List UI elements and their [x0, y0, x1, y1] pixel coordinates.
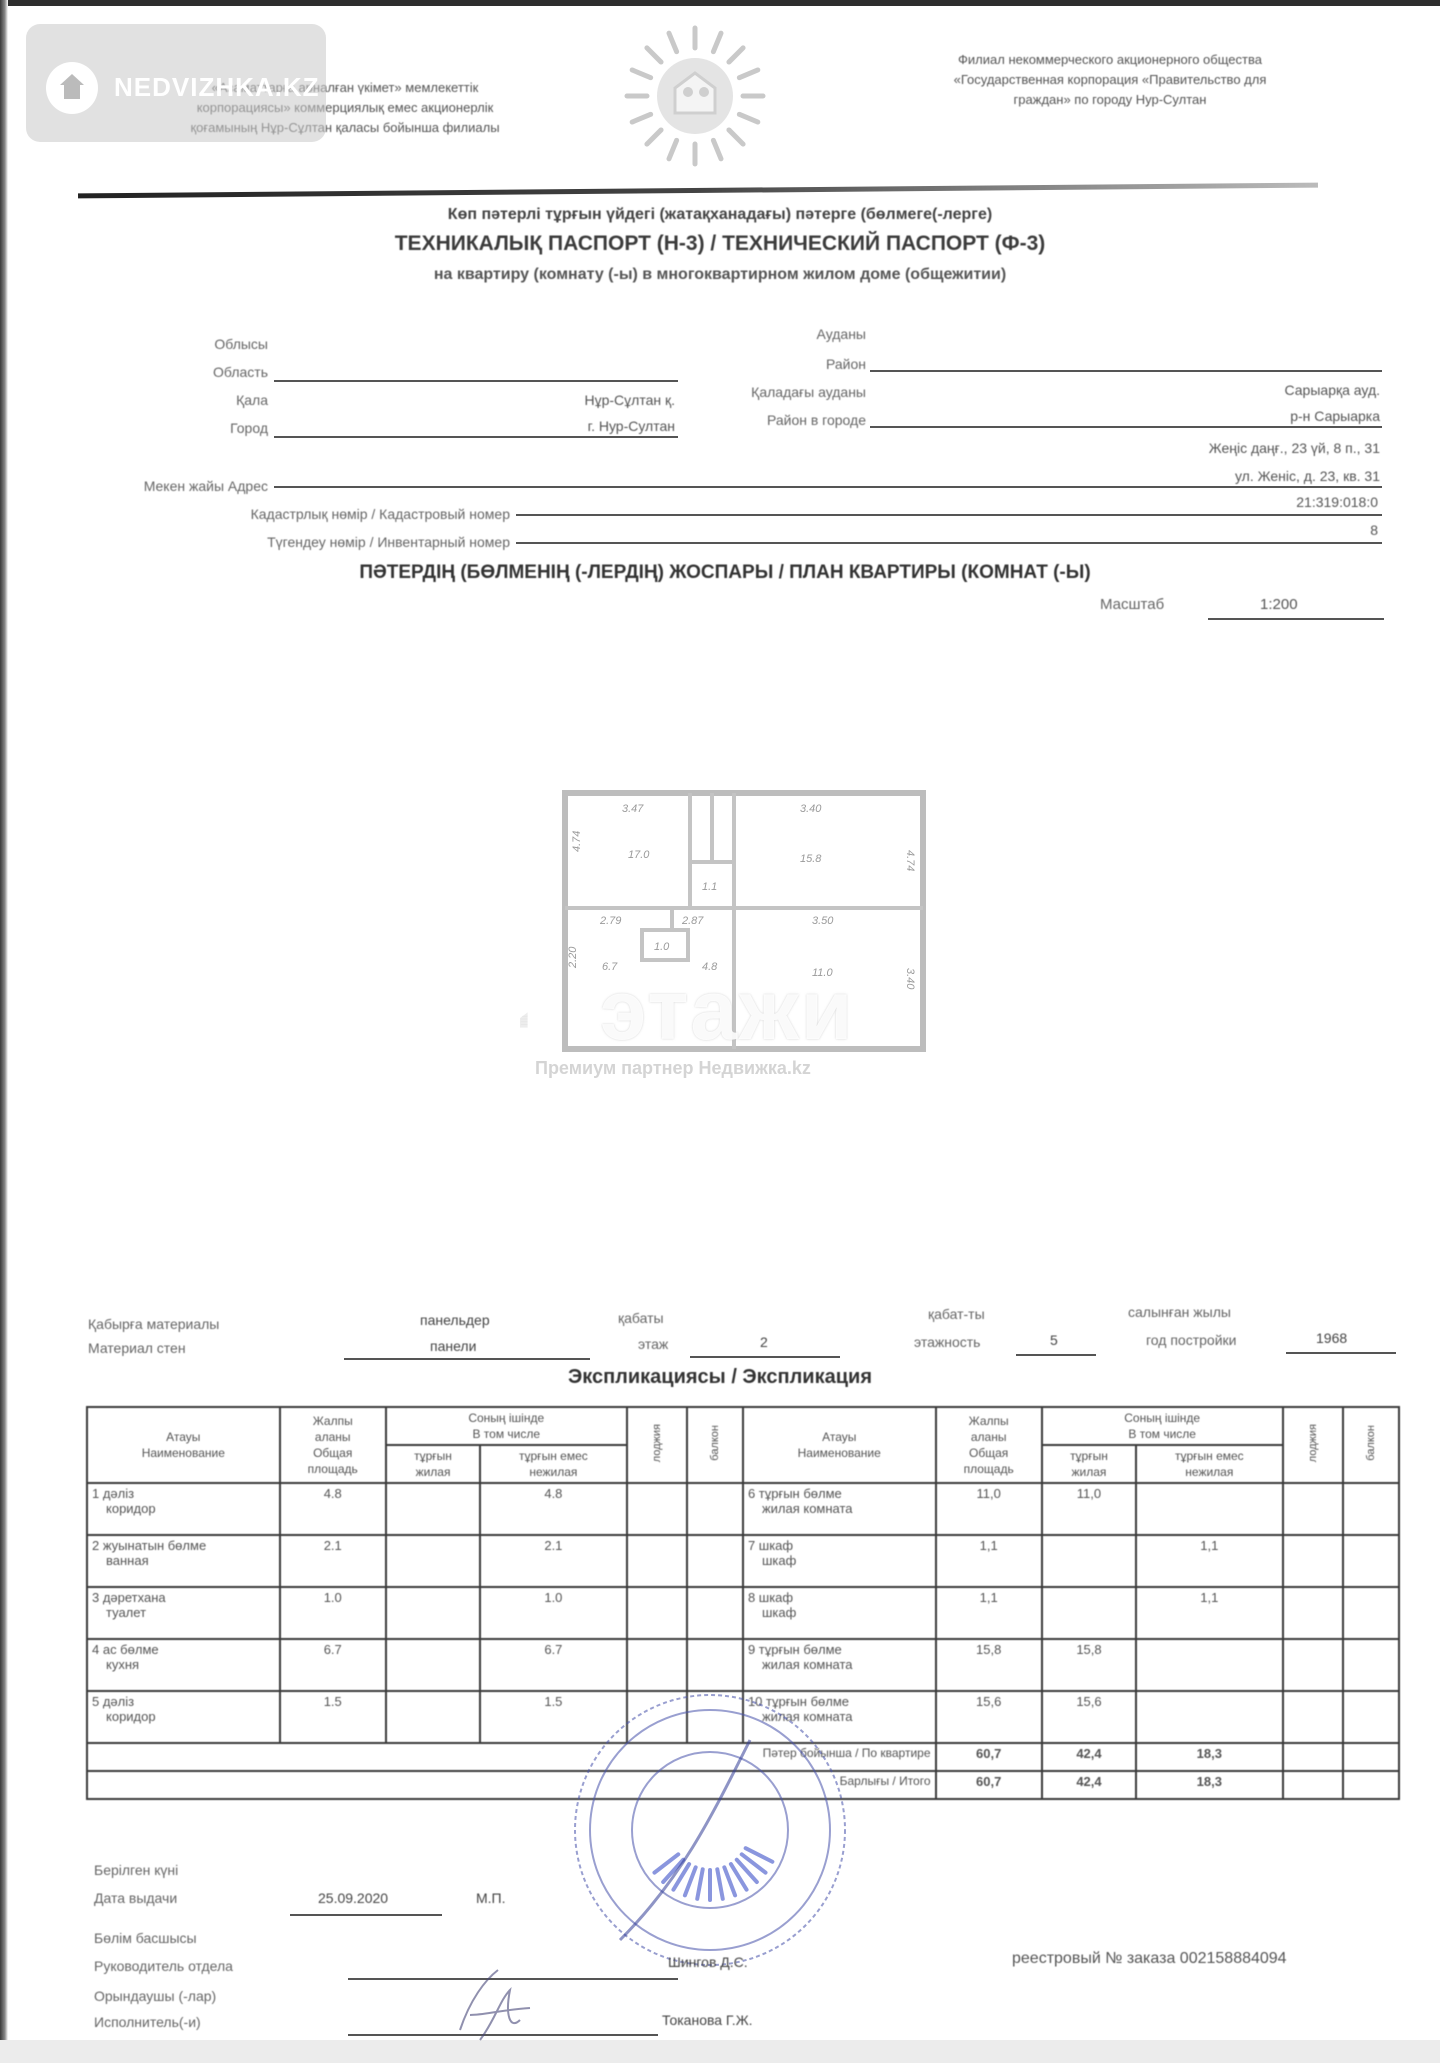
etazhi-building-icon	[520, 980, 600, 1060]
issue-date: 25.09.2020	[318, 1890, 388, 1906]
loggia-cell	[1283, 1771, 1343, 1799]
area-nonliving-cell: 1,1	[1136, 1587, 1282, 1639]
room-name-cell: 1 дәлізкоридор	[87, 1483, 280, 1535]
col-name: АтауыНаименование	[87, 1407, 280, 1483]
area-total-cell: 2.1	[280, 1535, 386, 1587]
svg-text:2.20: 2.20	[567, 946, 579, 969]
area-nonliving-cell	[1136, 1691, 1282, 1743]
area-total-cell: 1,1	[936, 1535, 1042, 1587]
col-loggia: лоджия	[627, 1407, 687, 1483]
svg-text:1.1: 1.1	[702, 881, 717, 893]
area-living-cell	[386, 1587, 480, 1639]
org-ru-line: граждан» по городу Нур-Султан	[870, 90, 1350, 110]
doc-title-line3: на квартиру (комнату (-ы) в многоквартир…	[220, 266, 1220, 284]
address-line	[274, 486, 1382, 488]
loggia-cell	[1283, 1639, 1343, 1691]
room-name-cell: 5 дәлізкоридор	[87, 1691, 280, 1743]
scale-line	[1208, 618, 1384, 620]
floors-line	[1016, 1354, 1096, 1356]
document-page: «Азаматтарға арналған үкімет» мемлекетті…	[0, 0, 1440, 2063]
house-icon	[46, 62, 98, 114]
doc-title-line1: Көп пәтерлі тұрғын үйдегі (жатақханадағы…	[220, 206, 1220, 224]
year-line	[1286, 1352, 1396, 1354]
subtotal-row-total: 60,7	[936, 1743, 1042, 1771]
area-total-cell: 6.7	[280, 1639, 386, 1691]
area-living-cell	[386, 1535, 480, 1587]
area-living-cell	[386, 1483, 480, 1535]
balcony-cell	[1343, 1771, 1399, 1799]
floors-label-kz: қабат-ты	[928, 1306, 985, 1322]
svg-text:15.8: 15.8	[800, 853, 822, 865]
room-name-cell: 7 шкафшкаф	[743, 1535, 936, 1587]
area-total-cell: 1.0	[280, 1587, 386, 1639]
district-label-kz: Ауданы	[700, 326, 866, 342]
area-total-cell: 11,0	[936, 1483, 1042, 1535]
explication-title: Экспликациясы / Экспликация	[420, 1366, 1020, 1389]
grand-total-row-total: 60,7	[936, 1771, 1042, 1799]
oblast-label-ru: Область	[150, 364, 268, 380]
nedvizhka-badge: NEDVIZHKA.KZ	[26, 24, 326, 142]
grand-total-row-living: 42,4	[1042, 1771, 1136, 1799]
svg-text:4.74: 4.74	[571, 831, 583, 852]
grand-total-row-nonliving: 18,3	[1136, 1771, 1282, 1799]
table-row: 3 дәретханатуалет1.01.08 шкафшкаф1,11,1	[87, 1587, 1399, 1639]
material-label-ru: Материал стен	[88, 1340, 186, 1356]
city-label-kz: Қала	[150, 392, 268, 408]
area-living-cell	[1042, 1587, 1136, 1639]
svg-text:3.47: 3.47	[622, 803, 644, 815]
badge-text: NEDVIZHKA.KZ	[114, 72, 320, 103]
head-label-ru: Руководитель отдела	[94, 1958, 233, 1974]
area-living-cell	[386, 1639, 480, 1691]
area-nonliving-cell	[1136, 1483, 1282, 1535]
area-nonliving-cell	[1136, 1639, 1282, 1691]
col-living-2: тұрғынжилая	[1042, 1445, 1136, 1483]
subtotal-row-living: 42,4	[1042, 1743, 1136, 1771]
col-nonliving: тұрғын емеснежилая	[480, 1445, 626, 1483]
area-living-cell	[1042, 1535, 1136, 1587]
org-ru-line: Филиал некоммерческого акционерного обще…	[870, 50, 1350, 70]
cadastral-value: 21:319:018:0	[1100, 494, 1378, 510]
address-value-kz: Жеңіс даңғ., 23 үй, 8 п., 31	[1000, 440, 1380, 456]
floor-label-ru: этаж	[638, 1336, 668, 1352]
balcony-cell	[687, 1587, 743, 1639]
svg-text:3.40: 3.40	[800, 803, 822, 815]
floor-line	[690, 1356, 840, 1358]
material-value-ru: панели	[430, 1338, 476, 1354]
exec-label-kz: Орындаушы (-лар)	[94, 1988, 216, 2004]
loggia-cell	[1283, 1691, 1343, 1743]
svg-text:1.0: 1.0	[654, 941, 670, 953]
year-label-ru: год постройки	[1146, 1332, 1236, 1348]
header-divider	[78, 183, 1318, 199]
subtotal-row-nonliving: 18,3	[1136, 1743, 1282, 1771]
balcony-cell	[687, 1483, 743, 1535]
room-name-cell: 2 жуынатын бөлмеванная	[87, 1535, 280, 1587]
inventory-line	[516, 542, 1382, 544]
area-total-cell: 1.5	[280, 1691, 386, 1743]
district-label-ru: Район	[700, 356, 866, 372]
cadastral-label: Кадастрлық нөмір / Кадастровый номер	[100, 506, 510, 522]
year-label-kz: салынған жылы	[1128, 1304, 1231, 1320]
loggia-cell	[627, 1587, 687, 1639]
registry-number: реестровый № заказа 002158884094	[1012, 1950, 1287, 1968]
partner-caption: Премиум партнер Недвижка.kz	[535, 1058, 811, 1079]
loggia-cell	[1283, 1743, 1343, 1771]
col-total: ЖалпыаланыОбщаяплощадь	[280, 1407, 386, 1483]
col-living: тұрғынжилая	[386, 1445, 480, 1483]
svg-text:2.87: 2.87	[681, 915, 704, 927]
room-name-cell: 3 дәретханатуалет	[87, 1587, 280, 1639]
inventory-label: Түгендеу нөмір / Инвентарный номер	[100, 534, 510, 550]
loggia-cell	[1283, 1535, 1343, 1587]
svg-text:4.74: 4.74	[904, 850, 916, 871]
area-nonliving-cell: 1,1	[1136, 1535, 1282, 1587]
col-incl: Соның ішіндеВ том числе	[386, 1407, 627, 1445]
floor-value: 2	[760, 1334, 768, 1350]
svg-text:3.50: 3.50	[812, 915, 834, 927]
area-nonliving-cell: 1.0	[480, 1587, 626, 1639]
floors-label-ru: этажность	[914, 1334, 980, 1350]
area-total-cell: 15,6	[936, 1691, 1042, 1743]
address-value-ru: ул. Женіс, д. 23, кв. 31	[1000, 468, 1380, 484]
material-value-kz: панельдер	[420, 1312, 490, 1328]
area-nonliving-cell: 4.8	[480, 1483, 626, 1535]
balcony-cell	[1343, 1743, 1399, 1771]
city-district-value-kz: Сарыарқа ауд.	[1100, 382, 1380, 398]
col-balcony: балкон	[687, 1407, 743, 1483]
address-label: Мекен жайы Адрес	[60, 478, 268, 494]
area-total-cell: 1,1	[936, 1587, 1042, 1639]
balcony-cell	[1343, 1483, 1399, 1535]
area-living-cell: 15,6	[1042, 1691, 1136, 1743]
col-nonliving-2: тұрғын емеснежилая	[1136, 1445, 1282, 1483]
col-balcony-2: балкон	[1343, 1407, 1399, 1483]
city-district-value-ru: р-н Сарыарка	[1100, 408, 1380, 424]
issue-label-kz: Берілген күні	[94, 1862, 178, 1878]
col-name-2: АтауыНаименование	[743, 1407, 936, 1483]
area-total-cell: 15,8	[936, 1639, 1042, 1691]
year-value: 1968	[1316, 1330, 1347, 1346]
city-label-ru: Город	[150, 420, 268, 436]
stamp-place-mp: М.П.	[476, 1890, 506, 1906]
city-value-ru: г. Нур-Султан	[430, 418, 675, 434]
material-label-kz: Қабырға материалы	[88, 1316, 219, 1332]
exec-label-ru: Исполнитель(-и)	[94, 2014, 201, 2030]
city-district-label-ru: Район в городе	[690, 412, 866, 428]
official-stamp	[560, 1680, 860, 1980]
room-name-cell: 4 ас бөлмекухня	[87, 1639, 280, 1691]
city-value-kz: Нұр-Сұлтан қ.	[430, 392, 675, 408]
org-ru-line: «Государственная корпорация «Правительст…	[870, 70, 1350, 90]
issue-label-ru: Дата выдачи	[94, 1890, 177, 1906]
svg-text:17.0: 17.0	[628, 849, 650, 861]
oblast-line	[274, 380, 678, 382]
balcony-cell	[1343, 1587, 1399, 1639]
balcony-cell	[1343, 1535, 1399, 1587]
loggia-cell	[627, 1535, 687, 1587]
area-nonliving-cell: 2.1	[480, 1535, 626, 1587]
area-living-cell: 15,8	[1042, 1639, 1136, 1691]
room-name-cell: 8 шкафшкаф	[743, 1587, 936, 1639]
material-line	[344, 1358, 590, 1360]
issue-date-line	[290, 1914, 442, 1916]
scale-value: 1:200	[1260, 596, 1298, 613]
scan-bottom-band	[0, 2040, 1440, 2063]
area-living-cell	[386, 1691, 480, 1743]
cadastral-line	[516, 514, 1382, 516]
city-district-line	[870, 426, 1382, 428]
district-line	[870, 370, 1382, 372]
col-loggia-2: лоджия	[1283, 1407, 1343, 1483]
plan-title: ПӘТЕРДІҢ (БӨЛМЕНІҢ (-ЛЕРДІҢ) ЖОСПАРЫ / П…	[180, 562, 1270, 584]
floor-label-kz: қабаты	[618, 1310, 664, 1326]
loggia-cell	[627, 1483, 687, 1535]
sun-emblem-icon	[620, 18, 770, 168]
doc-title-main: ТЕХНИКАЛЫҚ ПАСПОРТ (Н-3) / ТЕХНИЧЕСКИЙ П…	[220, 232, 1220, 256]
room-name-cell: 6 тұрғын бөлмежилая комната	[743, 1483, 936, 1535]
etazhi-watermark: этажи	[600, 962, 854, 1059]
loggia-cell	[1283, 1483, 1343, 1535]
inventory-value: 8	[1300, 522, 1378, 538]
table-row: 1 дәлізкоридор4.84.86 тұрғын бөлмежилая …	[87, 1483, 1399, 1535]
area-living-cell: 11,0	[1042, 1483, 1136, 1535]
head-name: Шингов Д.С.	[668, 1954, 748, 1970]
col-total-2: ЖалпыаланыОбщаяплощадь	[936, 1407, 1042, 1483]
signature-mark	[440, 1960, 560, 2055]
balcony-cell	[1343, 1639, 1399, 1691]
svg-text:2.79: 2.79	[599, 915, 621, 927]
city-district-label-kz: Қаладағы ауданы	[690, 384, 866, 400]
scale-label: Масштаб	[1100, 596, 1164, 613]
oblast-label-kz: Облысы	[150, 336, 268, 352]
col-incl-2: Соның ішіндеВ том числе	[1042, 1407, 1283, 1445]
scan-edge-left	[0, 0, 8, 2063]
balcony-cell	[1343, 1691, 1399, 1743]
floors-value: 5	[1050, 1332, 1058, 1348]
balcony-cell	[687, 1535, 743, 1587]
table-row: 2 жуынатын бөлмеванная2.12.17 шкафшкаф1,…	[87, 1535, 1399, 1587]
header-org-ru: Филиал некоммерческого акционерного обще…	[870, 50, 1350, 110]
svg-text:3.40: 3.40	[904, 968, 916, 990]
head-label-kz: Бөлім басшысы	[94, 1930, 197, 1946]
area-total-cell: 4.8	[280, 1483, 386, 1535]
city-line	[274, 436, 678, 438]
loggia-cell	[1283, 1587, 1343, 1639]
scan-edge-top	[0, 0, 1440, 6]
exec-name: Токанова Г.Ж.	[662, 2012, 753, 2028]
